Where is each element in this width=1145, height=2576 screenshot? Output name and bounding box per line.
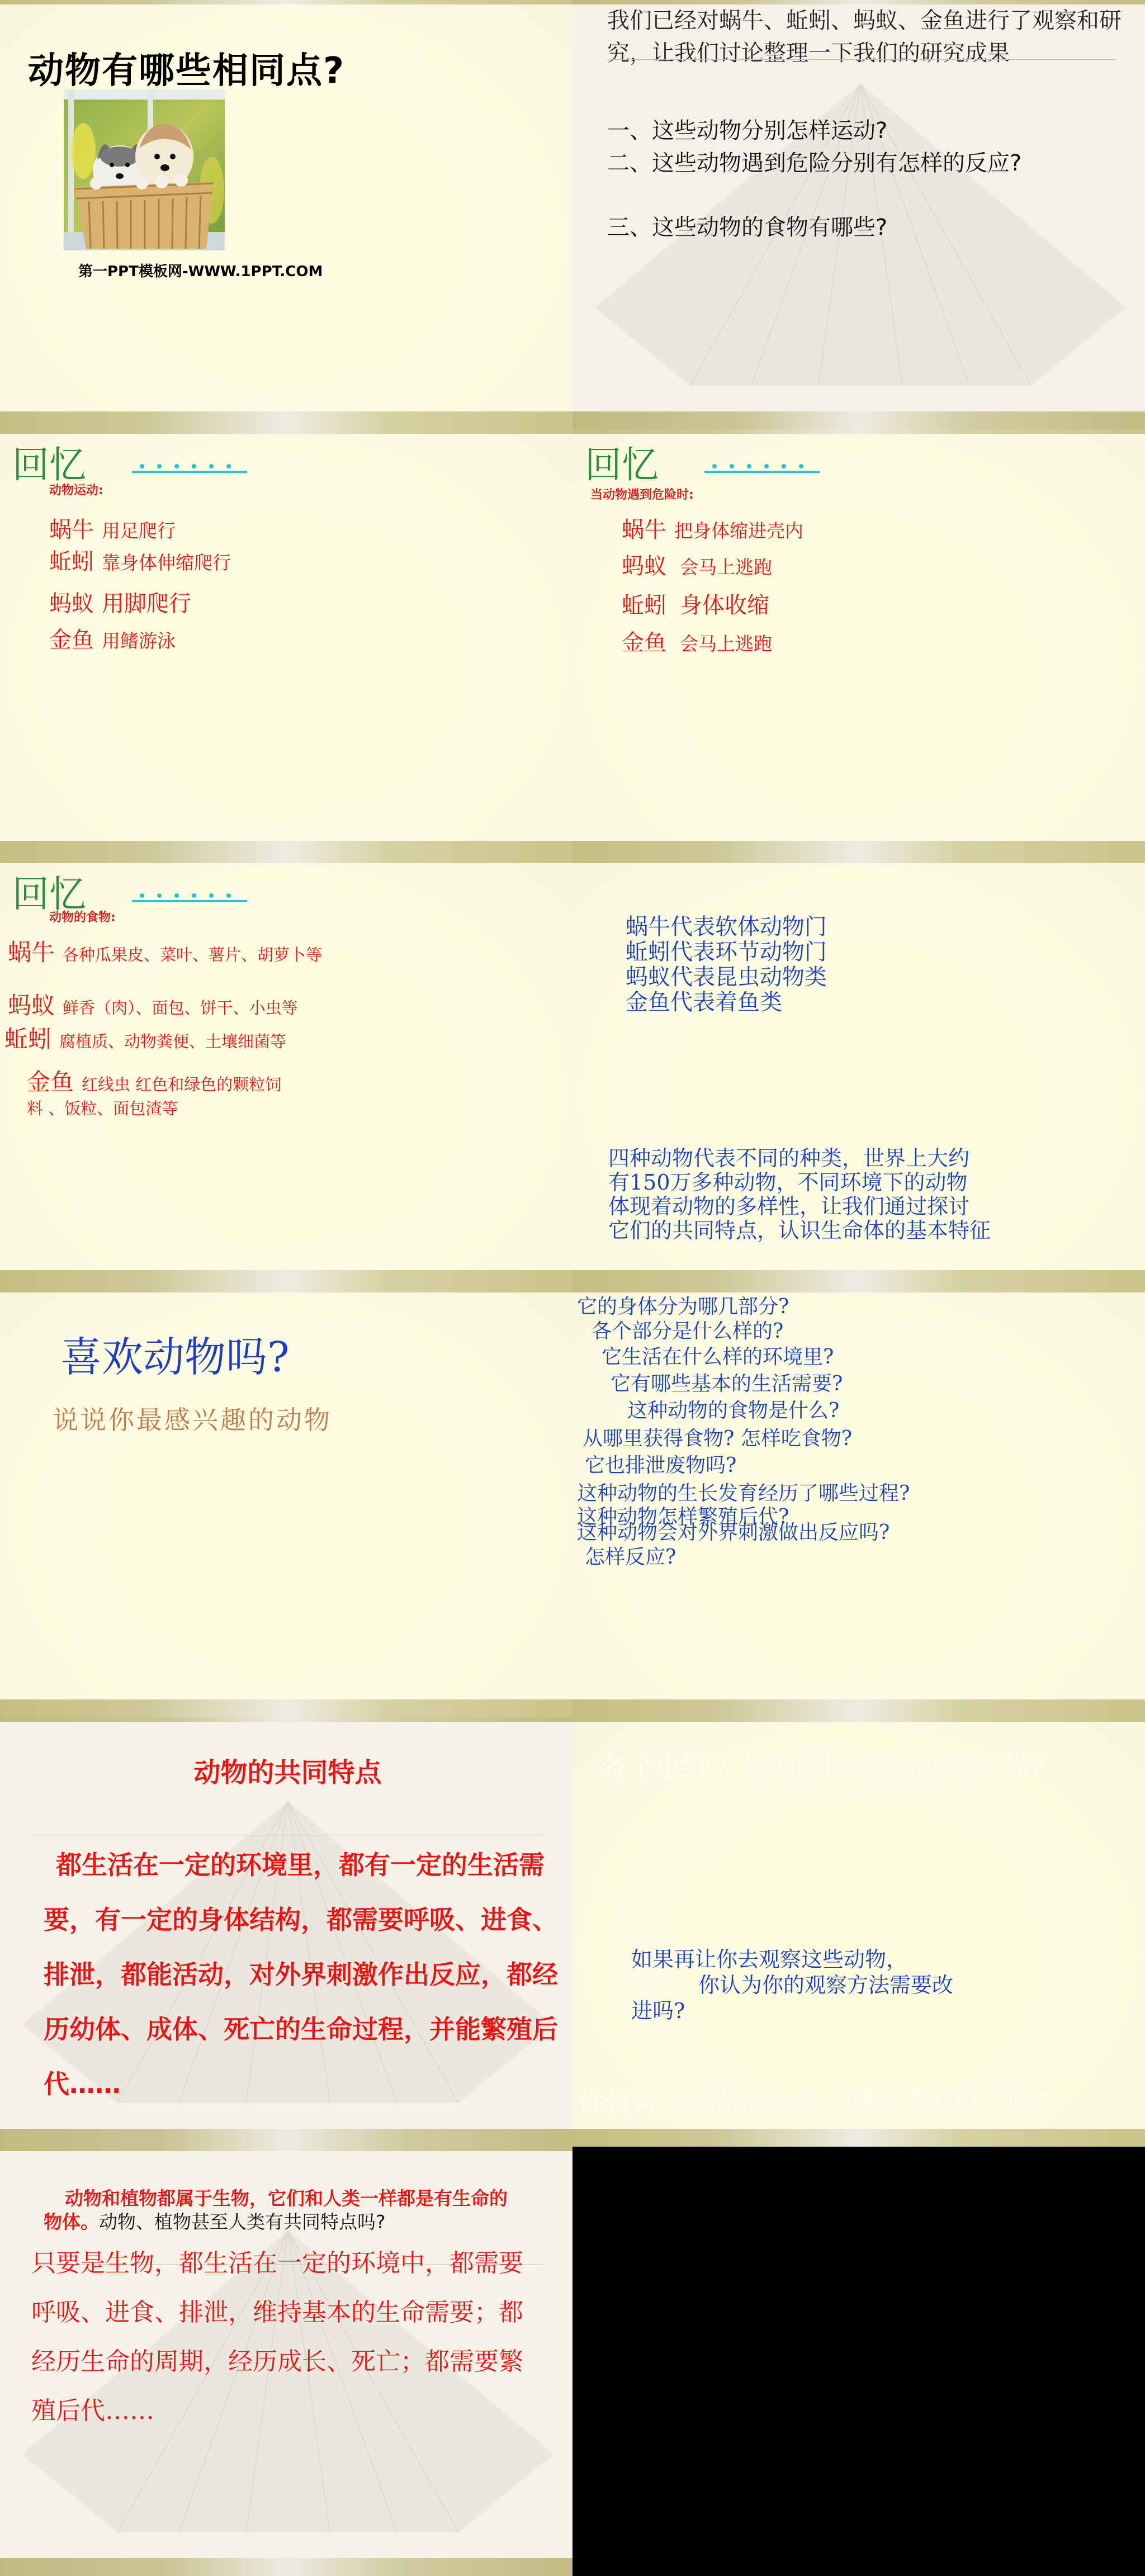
bottom-bar [0,411,572,429]
bottom-bar [572,1699,1145,1717]
bottom-bar [0,1270,572,1288]
list-item: 金鱼会马上逃跑 [622,625,772,657]
top-bar [572,429,1145,434]
animal-name: 蚂蚁 [49,591,94,617]
slide-6-classification[interactable]: 蜗牛代表软体动物门 蚯蚓代表环节动物门 蚂蚁代表昆虫动物类 金鱼代表着鱼类 四种… [572,859,1145,1288]
ellipsis-underline-decoration [132,442,247,473]
question-1: 一、这些动物分别怎样运动? [607,115,1099,147]
list-item: 蜗牛把身体缩进壳内 [622,512,803,544]
question-item: 各个部分是什么样的? [592,1320,783,1343]
section-label: 动物的食物: [49,908,116,925]
question-item: 它生活在什么样的环境里? [602,1346,834,1368]
puppies-photo [64,89,225,250]
animal-name: 蚯蚓 [49,549,94,575]
animal-desc: 用鳍游泳 [102,630,176,652]
question-line: 你认为你的观察方法需要改 [631,1972,1078,1998]
question-2: 二、这些动物遇到危险分别有怎样的反应? [607,147,1077,179]
question-item: 这种动物的食物是什么? [627,1400,839,1422]
list-item: 蚂蚁会马上逃跑 [622,548,772,580]
animal-name: 金鱼 [622,630,666,656]
top-bar [0,2147,572,2151]
list-item: 蚂蚁用脚爬行 [49,586,191,618]
slide-4-danger[interactable]: 回忆 当动物遇到危险时: 蜗牛把身体缩进壳内 蚂蚁会马上逃跑 蚯蚓身体收缩 金鱼… [572,429,1145,859]
question-item: 它有哪些基本的生活需要? [611,1373,843,1395]
animal-name: 蚯蚓 [622,593,666,618]
animal-desc: 靠身体伸缩爬行 [102,552,231,574]
animal-name: 蚂蚁 [8,992,55,1019]
slide-5-food[interactable]: 回忆 动物的食物: 蜗牛各种瓜果皮、菜叶、薯片、胡萝卜等 蚂蚁鲜香（肉）、面包、… [0,859,572,1288]
list-item: 蚯蚓代表环节动物门 [626,940,827,965]
top-bar [0,1717,572,1722]
slide-3-movement[interactable]: 回忆 动物运动: 蜗牛用足爬行 蚯蚓靠身体伸缩爬行 蚂蚁用脚爬行 金鱼用鳍游泳 [0,429,572,859]
list-item: 蚯蚓身体收缩 [622,588,769,619]
divider-line [31,1835,545,1835]
recall-heading: 回忆 [12,435,86,488]
animal-desc: 会马上逃跑 [680,633,772,655]
faded-question-bottom: 你觉得大家在别人发言时认真倾听了吗? [578,2081,1104,2119]
question-item: 这种动物的生长发育经历了哪些过程? [577,1483,910,1505]
classification-list: 蜗牛代表软体动物门 蚯蚓代表环节动物门 蚂蚁代表昆虫动物类 金鱼代表着鱼类 [626,915,827,1015]
list-item: 金鱼代表着鱼类 [626,990,827,1015]
slide-1-title[interactable]: 动物有哪些相同点? [0,0,572,429]
bottom-bar [572,2129,1145,2147]
top-bar [0,0,572,4]
answer-text: 只要是生物，都生活在一定的环境中，都需要呼吸、进食、排泄，维持基本的生命需要；都… [31,2239,523,2436]
slide-11-living-things[interactable]: 动物和植物都属于生物，它们和人类一样都是有生命的物体。动物、植物甚至人类有共同特… [0,2147,572,2576]
divider-line [607,59,1116,60]
list-item-continuation: 料 、饭粒、面包渣等 [27,1096,178,1119]
intro-text: 动物和植物都属于生物，它们和人类一样都是有生命的物体。动物、植物甚至人类有共同特… [44,2187,524,2234]
list-item: 蚂蚁鲜香（肉）、面包、饼干、小虫等 [8,987,298,1021]
question-item: 从哪里获得食物? 怎样吃食物? [583,1428,852,1450]
list-item: 蚂蚁代表昆虫动物类 [626,965,827,990]
slide-9-common-features[interactable]: 动物的共同特点 都生活在一定的环境里，都有一定的生活需要，有一定的身体结构，都需… [0,1717,572,2147]
recall-heading: 回忆 [585,435,659,488]
animal-name: 蜗牛 [49,517,94,543]
common-features-text: 都生活在一定的环境里，都有一定的生活需要，有一定的身体结构，都需要呼吸、进食、排… [44,1838,558,2111]
animal-name: 蚂蚁 [622,553,666,579]
slide-title: 喜欢动物吗? [60,1324,290,1384]
question-item: 这种动物会对外界刺激做出反应吗? [577,1522,889,1544]
animal-name: 蚯蚓 [4,1025,51,1053]
top-bar [0,859,572,863]
question-3: 三、这些动物的食物有哪些? [607,211,1099,244]
bottom-bar [572,841,1145,859]
section-label: 当动物遇到危险时: [590,485,694,503]
animal-desc: 把身体缩进壳内 [674,520,803,542]
slide-subtitle: 说说你最感兴趣的动物 [53,1400,332,1437]
list-item: 蚯蚓靠身体伸缩爬行 [49,544,231,576]
faded-question-top: 各个小组认为其他小组描述得怎么样? [600,1745,1126,1784]
bottom-bar [0,841,572,859]
question-item: 它也排泄废物吗? [585,1455,736,1477]
list-item: 蜗牛用足爬行 [49,512,176,544]
top-bar [572,1288,1145,1292]
top-bar [572,1717,1145,1722]
slide-12-blank[interactable] [572,2147,1145,2576]
top-bar [572,859,1145,863]
animal-desc: 腐植质、动物粪便、土壤细菌等 [59,1032,286,1051]
website-caption: 第一PPT模板网-WWW.1PPT.COM [78,260,323,281]
puppies-in-basket-image [64,89,225,250]
list-item: 蜗牛代表软体动物门 [626,915,827,940]
paragraph-line: 它们的共同特点，认识生命体的基本特征 [608,1219,1111,1243]
question-item: 怎样反应? [585,1546,676,1569]
reflection-question: 如果再让你去观察这些动物， 你认为你的观察方法需要改 进吗? [631,1947,1078,2024]
section-label: 动物运动: [49,481,103,498]
animal-name: 蜗牛 [622,517,666,543]
bottom-bar [0,2129,572,2147]
diversity-paragraph: 四种动物代表不同的种类，世界上大约 有150万多种动物，不同环境下的动物 体现着… [608,1147,1111,1243]
top-bar [0,1288,572,1292]
animal-desc: 红线虫 红色和绿色的颗粒饲 [82,1075,281,1094]
animal-desc: 身体收缩 [680,593,769,618]
slide-7-like-animals[interactable]: 喜欢动物吗? 说说你最感兴趣的动物 [0,1288,572,1717]
slide-10-reflection[interactable]: 各个小组认为其他小组描述得怎么样? 如果再让你去观察这些动物， 你认为你的观察方… [572,1717,1145,2147]
paragraph-line: 四种动物代表不同的种类，世界上大约 [608,1147,1111,1171]
animal-name: 蜗牛 [8,939,55,966]
bottom-bar [572,1270,1145,1288]
top-bar [0,429,572,434]
animal-desc: 鲜香（肉）、面包、饼干、小虫等 [63,998,298,1017]
ellipsis-underline-decoration [704,442,820,473]
paragraph-line: 有150万多种动物，不同环境下的动物 [608,1171,1111,1195]
slide-title: 动物的共同特点 [0,1751,572,1789]
animal-desc: 会马上逃跑 [680,556,772,578]
animal-desc: 用足爬行 [102,520,176,542]
slide-title: 动物有哪些相同点? [28,42,345,93]
question-line: 如果再让你去观察这些动物， [631,1947,1078,1972]
animal-desc: 用脚爬行 [102,591,191,617]
ellipsis-underline-decoration [132,871,247,902]
list-item: 金鱼红线虫 红色和绿色的颗粒饲 [27,1064,281,1097]
list-item: 蜗牛各种瓜果皮、菜叶、薯片、胡萝卜等 [8,934,322,968]
slide-sheet: 动物有哪些相同点? [0,0,1145,2576]
bottom-bar [572,411,1145,429]
question-line: 进吗? [631,1998,1078,2024]
animal-name: 金鱼 [27,1068,74,1096]
list-item: 蚯蚓腐植质、动物粪便、土壤细菌等 [4,1021,286,1054]
animal-desc: 各种瓜果皮、菜叶、薯片、胡萝卜等 [63,945,322,964]
bottom-bar [0,1699,572,1717]
paragraph-line: 体现着动物的多样性，让我们通过探讨 [608,1195,1111,1219]
intro-question: 动物、植物甚至人类有共同特点吗? [99,2211,386,2233]
list-item: 金鱼用鳍游泳 [49,622,176,654]
animal-name: 金鱼 [49,627,94,653]
question-item: 它的身体分为哪几部分? [577,1296,789,1318]
slide-2-questions[interactable]: 我们已经对蜗牛、蚯蚓、蚂蚁、金鱼进行了观察和研究，让我们讨论整理一下我们的研究成… [572,0,1145,429]
bottom-bar [0,2558,572,2576]
slide-8-observation-questions[interactable]: 它的身体分为哪几部分? 各个部分是什么样的? 它生活在什么样的环境里? 它有哪些… [572,1288,1145,1717]
top-bar [572,0,1145,4]
